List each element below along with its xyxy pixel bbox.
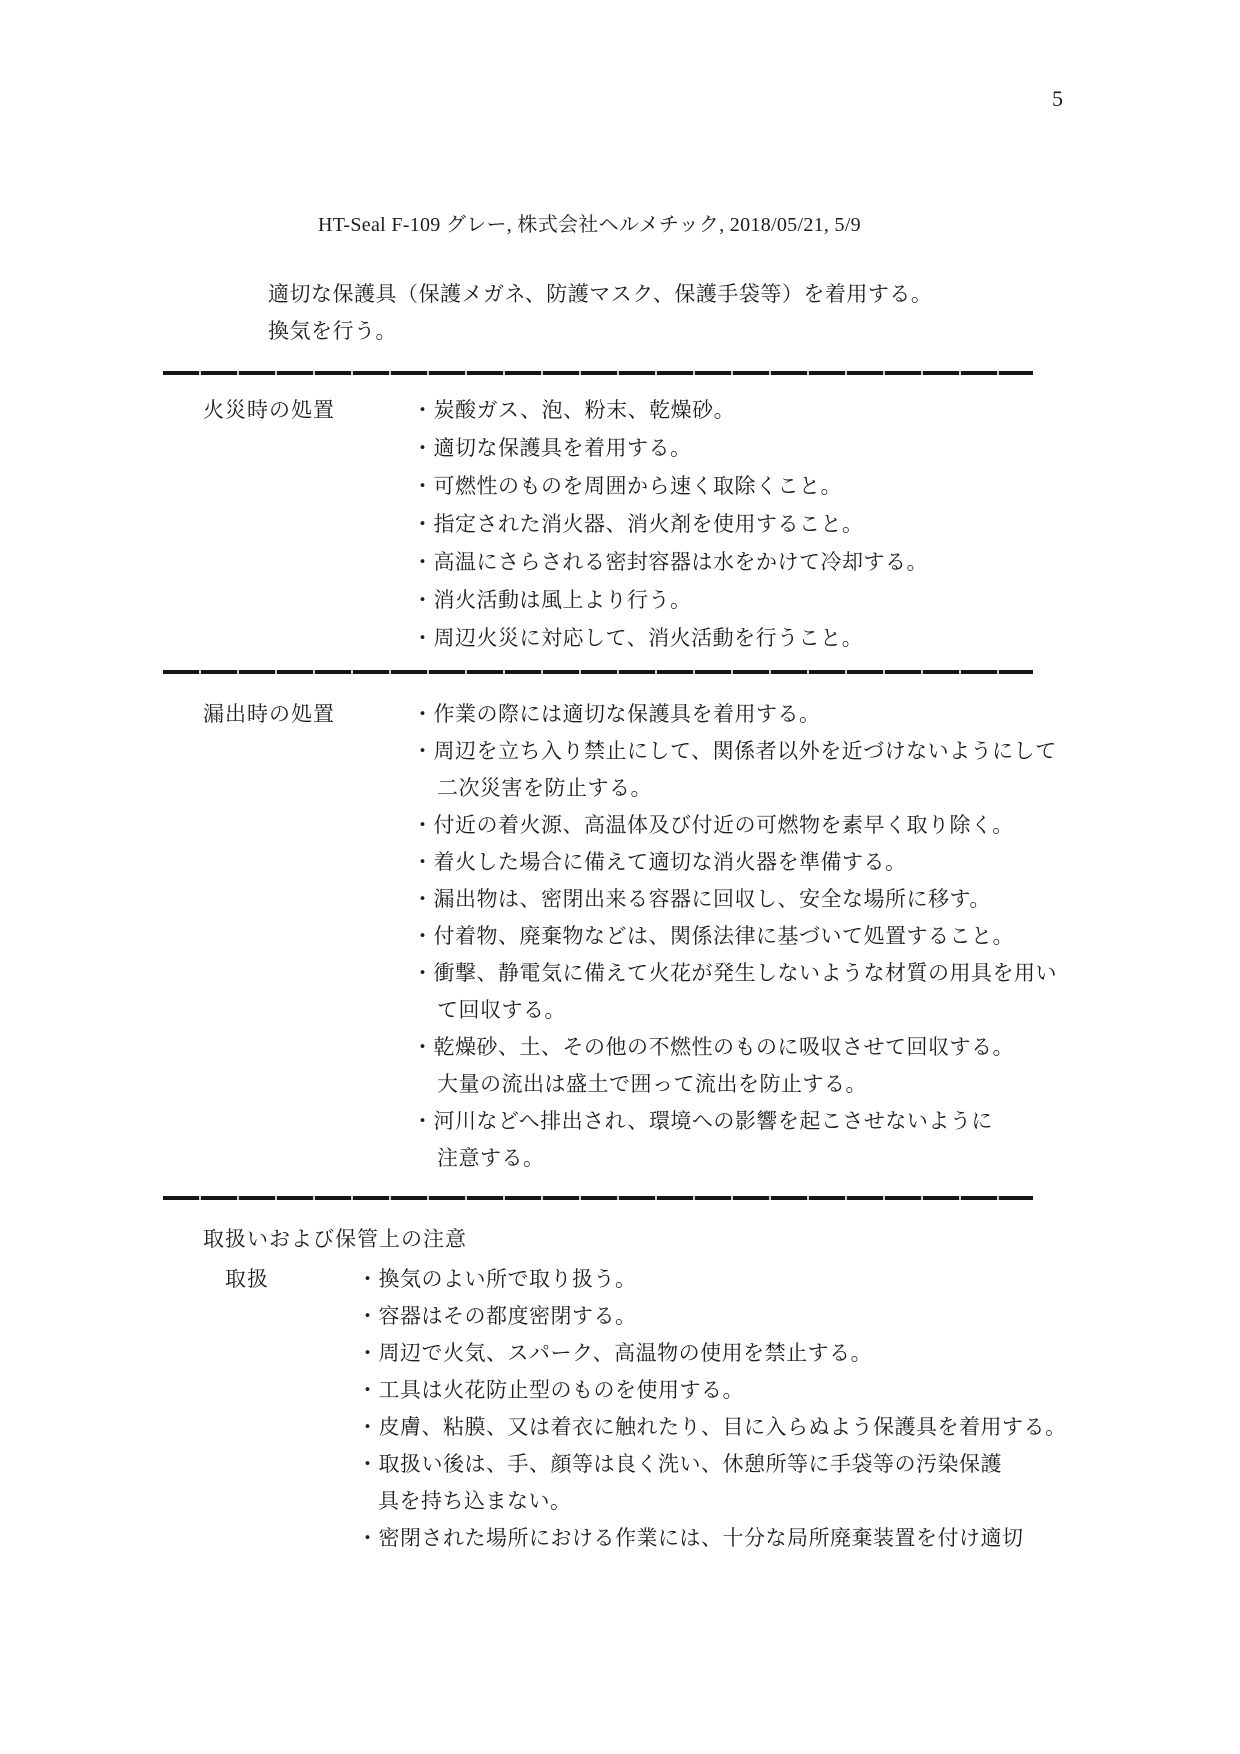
list-item: ・指定された消火器、消火剤を使用すること。 — [412, 505, 928, 543]
section-divider — [163, 670, 1033, 674]
list-item: ・適切な保護具を着用する。 — [412, 429, 928, 467]
fire-section-items: ・炭酸ガス、泡、粉末、乾燥砂。・適切な保護具を着用する。・可燃性のものを周囲から… — [412, 391, 928, 657]
list-item: ・皮膚、粘膜、又は着衣に触れたり、目に入らぬよう保護具を着用する。 — [357, 1409, 1067, 1446]
list-item-continuation: 注意する。 — [412, 1140, 1057, 1177]
list-item: ・乾燥砂、土、その他の不燃性のものに吸収させて回収する。 — [412, 1029, 1057, 1066]
list-item: ・周辺で火気、スパーク、高温物の使用を禁止する。 — [357, 1335, 1067, 1372]
list-item: ・炭酸ガス、泡、粉末、乾燥砂。 — [412, 391, 928, 429]
list-item: ・河川などへ排出され、環境への影響を起こさせないように — [412, 1103, 1057, 1140]
list-item: ・漏出物は、密閉出来る容器に回収し、安全な場所に移す。 — [412, 881, 1057, 918]
list-item: ・可燃性のものを周囲から速く取除くこと。 — [412, 467, 928, 505]
list-item-continuation: 具を持ち込まない。 — [357, 1483, 1067, 1520]
list-item: ・高温にさらされる密封容器は水をかけて冷却する。 — [412, 543, 928, 581]
list-item: ・着火した場合に備えて適切な消火器を準備する。 — [412, 844, 1057, 881]
list-item-continuation: 大量の流出は盛土で囲って流出を防止する。 — [412, 1066, 1057, 1103]
document-header: HT-Seal F-109 グレー, 株式会社ヘルメチック, 2018/05/2… — [318, 208, 861, 237]
document-page: 5 HT-Seal F-109 グレー, 株式会社ヘルメチック, 2018/05… — [0, 0, 1240, 1754]
page-number: 5 — [1052, 86, 1063, 112]
list-item: ・周辺を立ち入り禁止にして、関係者以外を近づけないようにして — [412, 733, 1057, 770]
intro-text: 適切な保護具（保護メガネ、防護マスク、保護手袋等）を着用する。 換気を行う。 — [268, 276, 932, 350]
intro-line-1: 適切な保護具（保護メガネ、防護マスク、保護手袋等）を着用する。 — [268, 276, 932, 313]
handling-sub-label: 取扱 — [225, 1261, 269, 1298]
list-item: ・付近の着火源、高温体及び付近の可燃物を素早く取り除く。 — [412, 807, 1057, 844]
list-item: ・容器はその都度密閉する。 — [357, 1298, 1067, 1335]
section-divider — [163, 371, 1033, 375]
list-item: ・換気のよい所で取り扱う。 — [357, 1261, 1067, 1298]
list-item-continuation: て回収する。 — [412, 992, 1057, 1029]
list-item: ・作業の際には適切な保護具を着用する。 — [412, 696, 1057, 733]
list-item: ・消火活動は風上より行う。 — [412, 581, 928, 619]
list-item: ・取扱い後は、手、顔等は良く洗い、休憩所等に手袋等の汚染保護 — [357, 1446, 1067, 1483]
list-item: ・周辺火災に対応して、消火活動を行うこと。 — [412, 619, 928, 657]
section-divider — [163, 1196, 1033, 1200]
list-item-continuation: 二次災害を防止する。 — [412, 770, 1057, 807]
leak-section-items: ・作業の際には適切な保護具を着用する。・周辺を立ち入り禁止にして、関係者以外を近… — [412, 696, 1057, 1177]
fire-section-label: 火災時の処置 — [203, 391, 335, 429]
handling-section-heading: 取扱いおよび保管上の注意 — [203, 1221, 467, 1258]
list-item: ・工具は火花防止型のものを使用する。 — [357, 1372, 1067, 1409]
list-item: ・衝撃、静電気に備えて火花が発生しないような材質の用具を用い — [412, 955, 1057, 992]
list-item: ・密閉された場所における作業には、十分な局所廃棄装置を付け適切 — [357, 1520, 1067, 1557]
handling-section-items: ・換気のよい所で取り扱う。・容器はその都度密閉する。・周辺で火気、スパーク、高温… — [357, 1261, 1067, 1557]
leak-section-label: 漏出時の処置 — [203, 696, 335, 733]
list-item: ・付着物、廃棄物などは、関係法律に基づいて処置すること。 — [412, 918, 1057, 955]
intro-line-2: 換気を行う。 — [268, 313, 932, 350]
